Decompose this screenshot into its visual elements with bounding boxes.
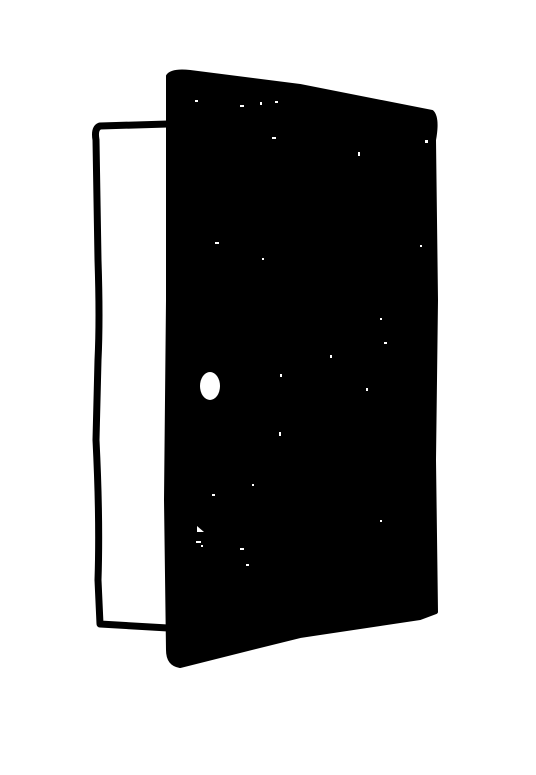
doorknob bbox=[200, 372, 220, 400]
door-drawing bbox=[0, 0, 536, 775]
door-frame-outline bbox=[96, 124, 169, 628]
door-illustration bbox=[0, 0, 536, 775]
door-panel bbox=[166, 72, 436, 667]
